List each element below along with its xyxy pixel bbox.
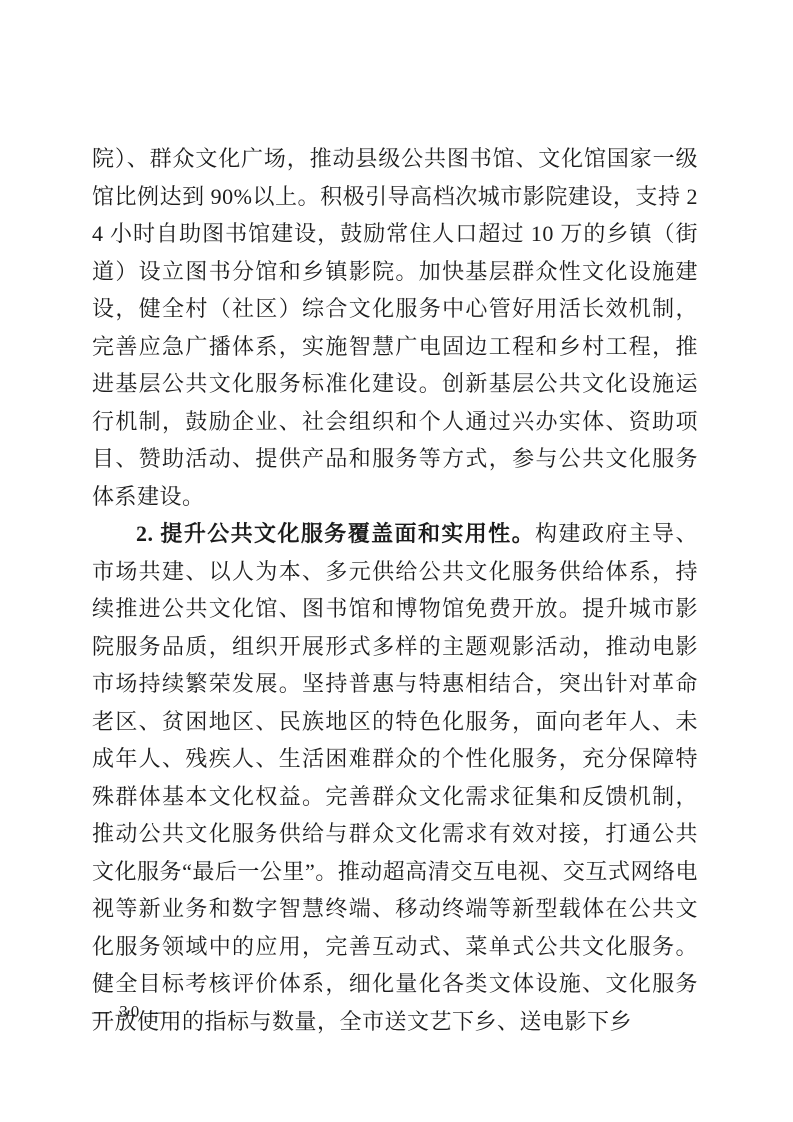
body-paragraph-section-2: 2. 提升公共文化服务覆盖面和实用性。构建政府主导、市场共建、以人为本、多元供给… xyxy=(92,515,698,1040)
body-paragraph-continuation: 院）、群众文化广场，推动县级公共图书馆、文化馆国家一级馆比例达到 90%以上。积… xyxy=(92,140,698,515)
document-body: 院）、群众文化广场，推动县级公共图书馆、文化馆国家一级馆比例达到 90%以上。积… xyxy=(92,140,698,1040)
section-heading: 2. 提升公共文化服务覆盖面和实用性。 xyxy=(136,521,535,546)
document-page: 院）、群众文化广场，推动县级公共图书馆、文化馆国家一级馆比例达到 90%以上。积… xyxy=(0,0,793,1122)
section-body-text: 构建政府主导、市场共建、以人为本、多元供给公共文化服务供给体系，持续推进公共文化… xyxy=(92,521,698,1034)
page-number: — 30 — xyxy=(92,1002,170,1022)
